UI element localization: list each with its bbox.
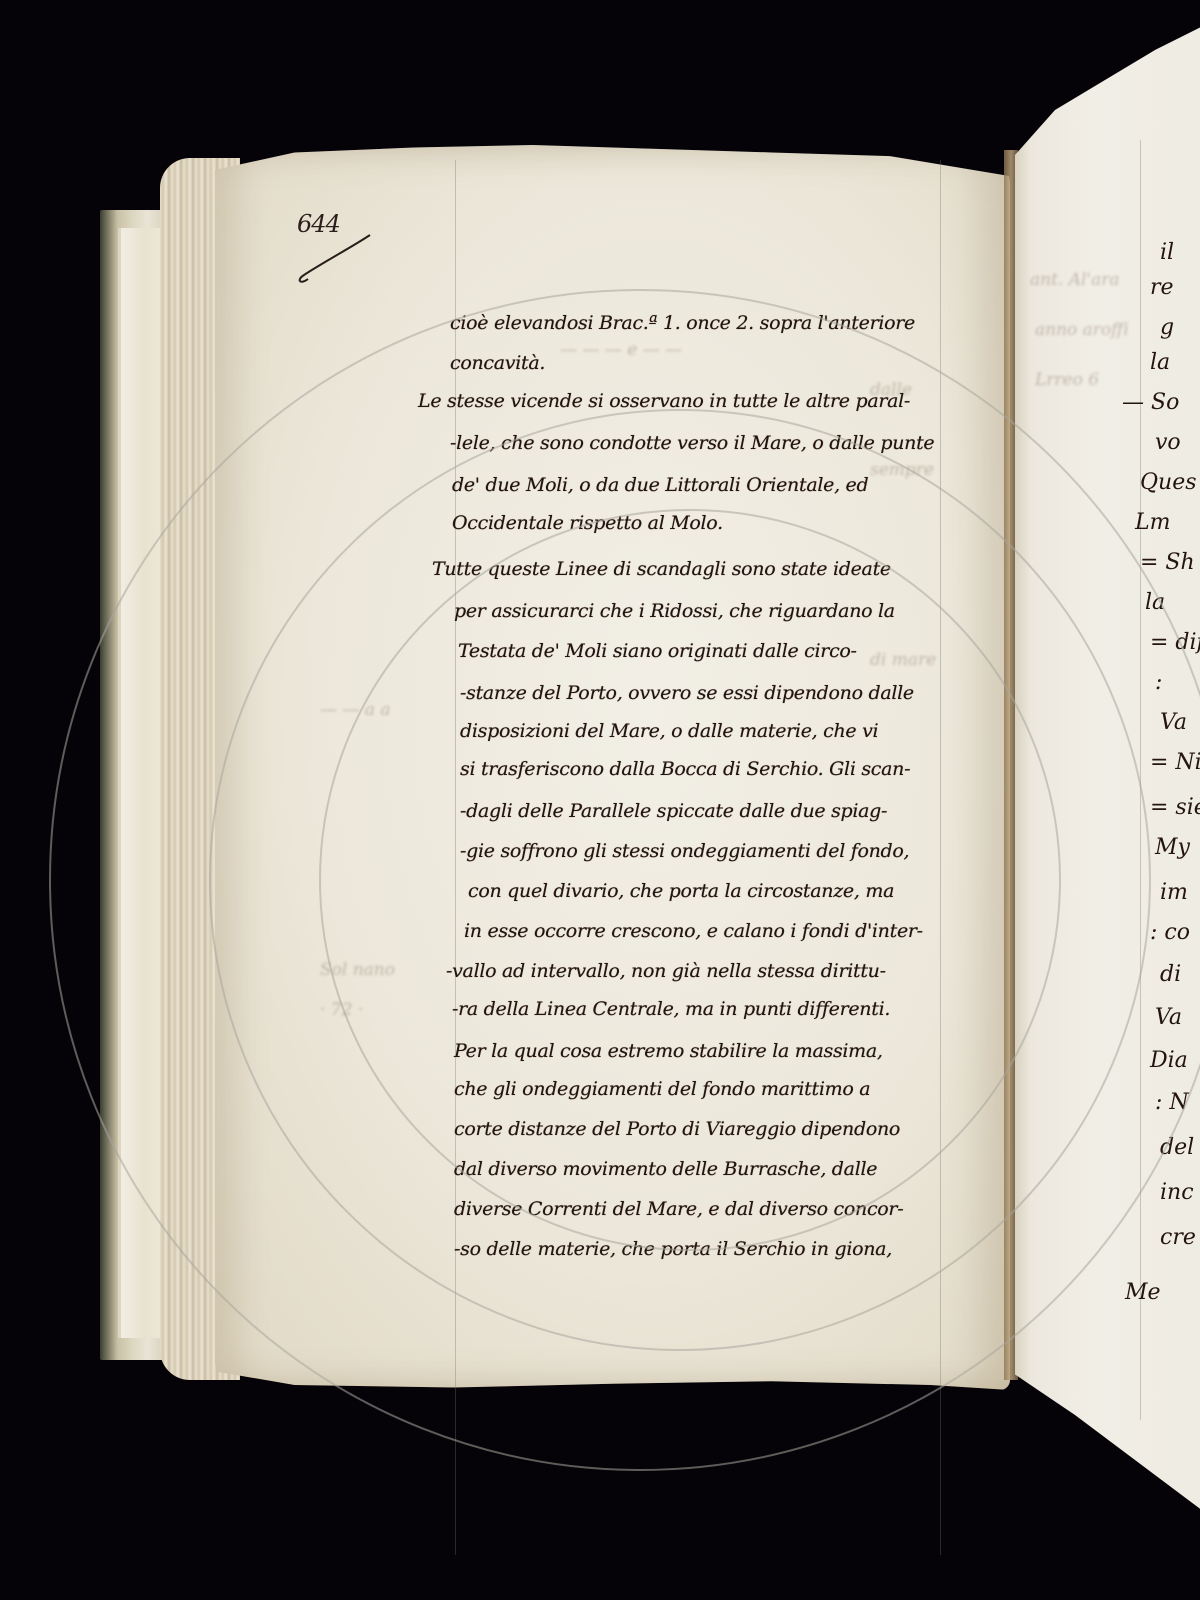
text-line: che gli ondeggiamenti del fondo marittim… — [454, 1078, 870, 1100]
text-line: corte distanze del Porto di Viareggio di… — [454, 1118, 900, 1140]
bleed-through-text: Sol nano — [320, 960, 395, 980]
text-line: -ra della Linea Centrale, ma in punti di… — [452, 998, 890, 1020]
right-text-line: : — [1155, 670, 1162, 695]
right-text-line: la — [1150, 350, 1170, 375]
text-line: -gie soffrono gli stessi ondeggiamenti d… — [460, 840, 909, 862]
right-text-line: Va — [1160, 710, 1187, 735]
right-text-line: — So — [1122, 390, 1179, 415]
bleed-through-text: sempre — [870, 460, 934, 480]
manuscript-photo: — — — e — — dalle sempre di mare — — a a… — [0, 0, 1200, 1600]
page-number-flourish-icon — [292, 225, 382, 285]
right-text-line: la — [1145, 590, 1165, 615]
right-text-line: = dif — [1150, 630, 1200, 655]
right-text-line: : N — [1155, 1090, 1189, 1115]
text-line: con quel divario, che porta la circostan… — [468, 880, 894, 902]
right-text-line: Ques — [1140, 470, 1197, 495]
right-text-line: vo — [1155, 430, 1181, 455]
right-text-line: = Ni — [1150, 750, 1200, 775]
right-text-line: g — [1160, 315, 1174, 340]
right-text-line: il — [1160, 240, 1174, 265]
right-text-line: Me — [1125, 1280, 1161, 1305]
right-text-line: di — [1160, 962, 1181, 987]
text-line: -dagli delle Parallele spiccate dalle du… — [460, 800, 887, 822]
bleed-through-text: di mare — [870, 650, 936, 670]
text-line: cioè elevandosi Brac.ª 1. once 2. sopra … — [450, 312, 915, 334]
text-line: Per la qual cosa estremo stabilire la ma… — [454, 1040, 883, 1062]
text-line: si trasferiscono dalla Bocca di Serchio.… — [460, 758, 910, 780]
right-text-line: My — [1155, 835, 1190, 860]
right-text-line: : co — [1150, 920, 1190, 945]
right-text-line: Lm — [1135, 510, 1170, 535]
text-line: in esse occorre crescono, e calano i fon… — [464, 920, 923, 942]
text-line: disposizioni del Mare, o dalle materie, … — [460, 720, 878, 742]
bleed-through-text: Lrreo 6 — [1035, 370, 1099, 390]
right-page-ruling — [1140, 140, 1141, 1420]
right-text-line: = Sh — [1140, 550, 1195, 575]
bleed-through-text: ant. Al'ara — [1030, 270, 1120, 290]
right-text-line: re — [1150, 275, 1174, 300]
text-line: per assicurarci che i Ridossi, che rigua… — [454, 600, 895, 622]
bleed-through-text: · 72 · — [320, 1000, 363, 1020]
right-margin-ruling — [940, 160, 941, 1555]
text-line: -lele, che sono condotte verso il Mare, … — [450, 432, 934, 454]
text-line: -stanze del Porto, ovvero se essi dipend… — [460, 682, 914, 704]
text-line: Tutte queste Linee di scandagli sono sta… — [432, 558, 891, 580]
right-text-line: del — [1160, 1135, 1194, 1160]
text-line: dal diverso movimento delle Burrasche, d… — [454, 1158, 877, 1180]
right-text-line: inc — [1160, 1180, 1194, 1205]
text-line: Occidentale rispetto al Molo. — [452, 512, 723, 534]
bleed-through-text: — — — e — — — [560, 340, 682, 360]
right-text-line: = sie — [1150, 795, 1200, 820]
bleed-through-text: anno aroffi — [1035, 320, 1129, 340]
bleed-through-text: — — a a — [320, 700, 390, 720]
text-line: de' due Moli, o da due Littorali Orienta… — [452, 474, 868, 496]
text-line: diverse Correnti del Mare, e dal diverso… — [454, 1198, 903, 1220]
right-text-line: cre — [1160, 1225, 1196, 1250]
right-text-line: im — [1160, 880, 1188, 905]
text-line: concavità. — [450, 352, 545, 374]
right-text-line: Va — [1155, 1005, 1182, 1030]
right-text-line: Dia — [1150, 1048, 1188, 1073]
text-line: -vallo ad intervallo, non già nella stes… — [446, 960, 886, 982]
text-line: -so delle materie, che porta il Serchio … — [454, 1238, 892, 1260]
text-line: Le stesse vicende si osservano in tutte … — [418, 390, 910, 412]
text-line: Testata de' Moli siano originati dalle c… — [458, 640, 857, 662]
